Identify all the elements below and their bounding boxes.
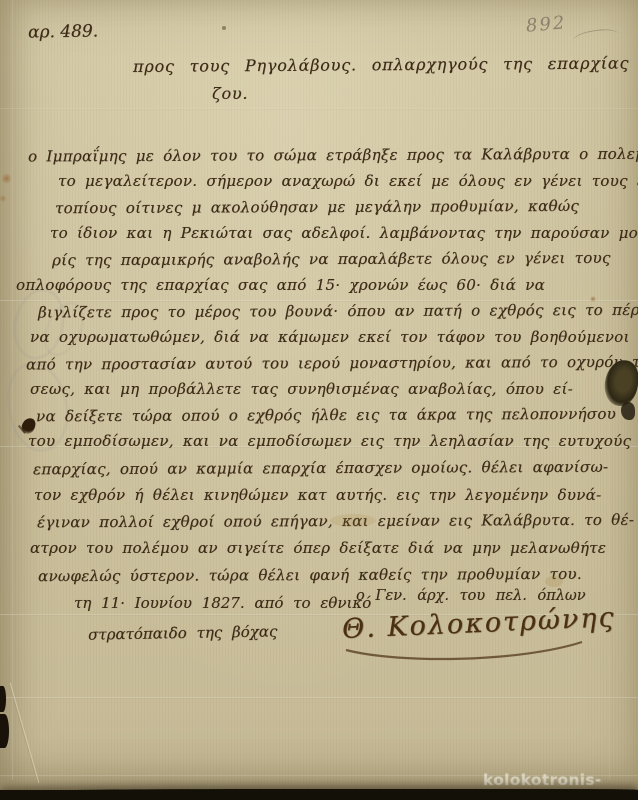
- date-line: στρατόπαιδο της βόχας: [88, 622, 278, 643]
- stain: [330, 514, 376, 527]
- stain: [545, 576, 563, 587]
- body-line: ανωφελώς ύστερον. τώρα θέλει φανή καθείς…: [38, 565, 582, 585]
- date-line: τη 11· Ιουνίου 1827. από το εθνικό: [74, 594, 371, 612]
- body-line: ο Ιμπραΐμης με όλον του το σώμα ετράβηξε…: [28, 145, 638, 166]
- body-line: να δείξετε τώρα οπού ο εχθρός ήλθε εις τ…: [36, 405, 616, 426]
- signature-flourish: [340, 638, 590, 664]
- body-line: επαρχίας, οπού αν καμμία επαρχία έπασχεν…: [33, 458, 608, 479]
- address-line: προς τους Ρηγολάβους. οπλαρχηγούς της επ…: [133, 53, 638, 76]
- paper-crease: [0, 108, 638, 110]
- signature-title: ο Γεν. άρχ. του πελ. όπλων: [356, 588, 586, 604]
- body-line: ρίς της παραμικρής αναβολής να παραλάβετ…: [52, 249, 611, 269]
- letter-paper: 892 αρ. 489. προς τους Ρηγολάβους. οπλαρ…: [0, 0, 638, 790]
- stain: [621, 402, 635, 420]
- torn-edge: [0, 686, 6, 712]
- stain: [222, 26, 226, 30]
- scanned-letter-page: 892 αρ. 489. προς τους Ρηγολάβους. οπλαρ…: [0, 0, 638, 800]
- paper-crease: [0, 697, 638, 699]
- scanner-edge: [0, 789, 638, 800]
- body-line: από την προστασίαν αυτού του ιερού μονασ…: [26, 353, 638, 374]
- body-line: ατρον του πολέμου αν σιγείτε όπερ δείξατ…: [30, 539, 606, 557]
- body-line: το ίδιον και η Ρεκιώται σας αδελφοί. λαμ…: [50, 224, 638, 242]
- body-line: τοπίους οίτινες μ ακολούθησαν με μεγάλην…: [55, 197, 579, 217]
- stain: [0, 194, 6, 203]
- body-line: βιγλίζετε προς το μέρος του βουνά· όπου …: [38, 301, 638, 322]
- body-line: οπλοφόρους της επαρχίας σας από 15· χρον…: [16, 276, 545, 294]
- torn-edge: [0, 714, 9, 748]
- pencil-archive-number: 892: [525, 12, 567, 36]
- protocol-number: αρ. 489.: [28, 21, 98, 42]
- body-line: σεως, και μη προβάλλετε τας συνηθισμένας…: [30, 380, 573, 398]
- stain: [2, 172, 11, 185]
- stain: [590, 296, 596, 302]
- body-line: να οχυρωματωθώμεν, διά να κάμωμεν εκεί τ…: [30, 328, 630, 346]
- pencil-stroke: [572, 27, 620, 48]
- address-line: ζου.: [212, 84, 248, 103]
- body-line: τον εχθρόν ή θέλει κινηθώμεν κατ αυτής. …: [34, 486, 601, 504]
- body-line: του εμποδίσωμεν, και να εμποδίσωμεν εις …: [28, 432, 631, 450]
- body-line: το μεγαλείτερον. σήμερον αναχωρώ δι εκεί…: [58, 172, 638, 190]
